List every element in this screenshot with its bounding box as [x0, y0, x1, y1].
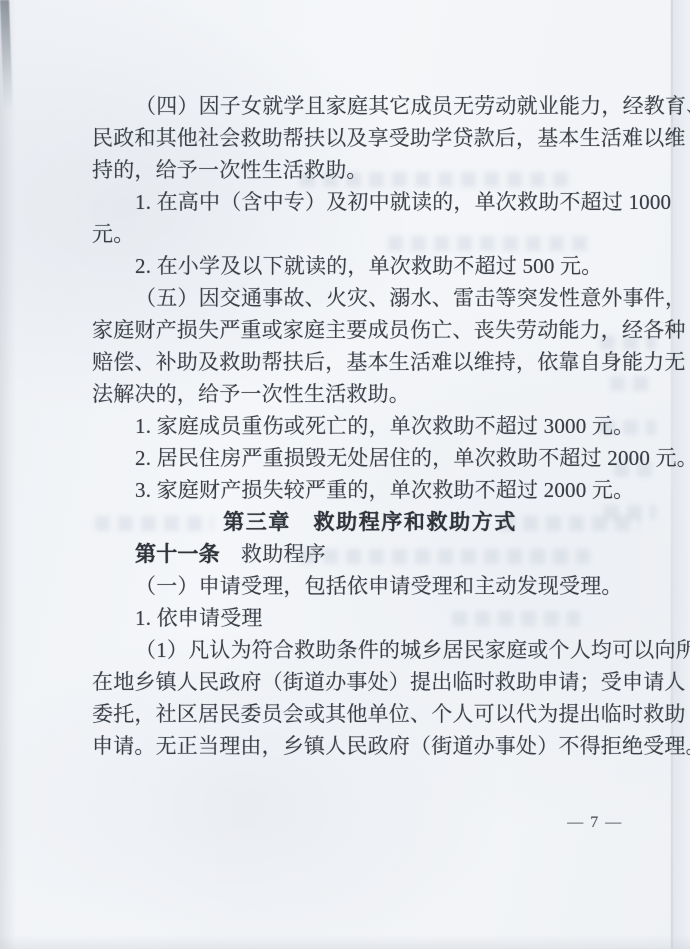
text-run: （一）申请受理，包括依申请受理和主动发现受理。 — [135, 574, 623, 598]
text-run: （五）因交通事故、火灾、溺水、雷击等突发性意外事件， — [135, 286, 686, 310]
text-run: 元。 — [92, 222, 134, 246]
text-run: 1. 家庭成员重伤或死亡的，单次救助不超过 3000 元。 — [135, 414, 634, 438]
text-run: 法解决的，给予一次性生活救助。 — [92, 382, 410, 406]
text-line: 3. 家庭财产损失较严重的，单次救助不超过 2000 元。 — [92, 474, 648, 506]
text-line: （一）申请受理，包括依申请受理和主动发现受理。 — [92, 570, 648, 602]
scanned-document-page: （四）因子女就学且家庭其它成员无劳动就业能力，经教育、民政和其他社会救助帮扶以及… — [0, 0, 690, 949]
text-line: 法解决的，给予一次性生活救助。 — [92, 378, 648, 410]
text-run: （1）凡认为符合救助条件的城乡居民家庭或个人均可以向所 — [135, 638, 690, 662]
text-line: 2. 居民住房严重损毁无处居住的，单次救助不超过 2000 元。 — [92, 442, 648, 474]
text-line: （四）因子女就学且家庭其它成员无劳动就业能力，经教育、 — [92, 90, 648, 122]
text-run: 家庭财产损失严重或家庭主要成员伤亡、丧失劳动能力，经各种 — [92, 318, 686, 342]
text-run: 民政和其他社会救助帮扶以及享受助学贷款后，基本生活难以维 — [92, 126, 686, 150]
text-run: 委托，社区居民委员会或其他单位、个人可以代为提出临时救助 — [92, 702, 686, 726]
text-line: 申请。无正当理由，乡镇人民政府（街道办事处）不得拒绝受理。 — [92, 730, 648, 762]
text-line: 赔偿、补助及救助帮扶后，基本生活难以维持，依靠自身能力无 — [92, 346, 648, 378]
text-run: 1. 在高中（含中专）及初中就读的，单次救助不超过 1000 — [135, 190, 671, 214]
text-line: 持的，给予一次性生活救助。 — [92, 154, 648, 186]
text-line: 1. 依申请受理 — [92, 602, 648, 634]
text-line: 家庭财产损失严重或家庭主要成员伤亡、丧失劳动能力，经各种 — [92, 314, 648, 346]
text-run: 1. 依申请受理 — [135, 606, 263, 630]
page-number: — 7 — — [560, 814, 630, 832]
text-line: 2. 在小学及以下就读的，单次救助不超过 500 元。 — [92, 250, 648, 282]
text-run: 持的，给予一次性生活救助。 — [92, 158, 368, 182]
text-run: 赔偿、补助及救助帮扶后，基本生活难以维持，依靠自身能力无 — [92, 350, 686, 374]
text-line: （五）因交通事故、火灾、溺水、雷击等突发性意外事件， — [92, 282, 648, 314]
text-run: 申请。无正当理由，乡镇人民政府（街道办事处）不得拒绝受理。 — [92, 734, 690, 758]
text-run: 2. 在小学及以下就读的，单次救助不超过 500 元。 — [135, 254, 602, 278]
text-line: 民政和其他社会救助帮扶以及享受助学贷款后，基本生活难以维 — [92, 122, 648, 154]
text-run: 在地乡镇人民政府（街道办事处）提出临时救助申请；受申请人 — [92, 670, 686, 694]
text-run: 第三章 救助程序和救助方式 — [223, 510, 517, 534]
text-run: （四）因子女就学且家庭其它成员无劳动就业能力，经教育、 — [135, 94, 690, 118]
text-line: 委托，社区居民委员会或其他单位、个人可以代为提出临时救助 — [92, 698, 648, 730]
text-line: 第十一条 救助程序 — [92, 538, 648, 570]
article-number-label: 第十一条 — [135, 542, 220, 566]
text-run: 救助程序 — [220, 542, 326, 566]
scan-edge-shadow-bottom — [0, 935, 690, 949]
document-body-text: （四）因子女就学且家庭其它成员无劳动就业能力，经教育、民政和其他社会救助帮扶以及… — [92, 90, 648, 762]
text-line: （1）凡认为符合救助条件的城乡居民家庭或个人均可以向所 — [92, 634, 648, 666]
text-run: 3. 家庭财产损失较严重的，单次救助不超过 2000 元。 — [135, 478, 634, 502]
text-line: 1. 在高中（含中专）及初中就读的，单次救助不超过 1000 — [92, 186, 648, 218]
text-line: 元。 — [92, 218, 648, 250]
text-run: 2. 居民住房严重损毁无处居住的，单次救助不超过 2000 元。 — [135, 446, 690, 470]
scan-edge-shadow-left — [0, 0, 16, 949]
text-line: 在地乡镇人民政府（街道办事处）提出临时救助申请；受申请人 — [92, 666, 648, 698]
text-line: 1. 家庭成员重伤或死亡的，单次救助不超过 3000 元。 — [92, 410, 648, 442]
chapter-heading: 第三章 救助程序和救助方式 — [92, 506, 648, 538]
